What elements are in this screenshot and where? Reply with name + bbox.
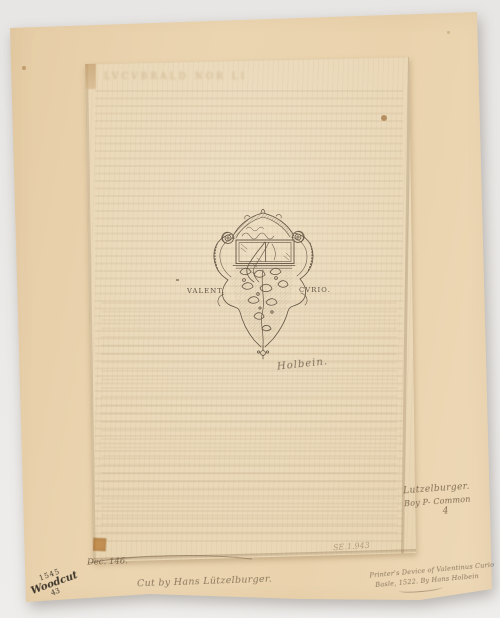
corner-stain	[85, 63, 96, 89]
print-leaf: LVCVBRALD NOR LI	[0, 0, 500, 618]
show-through-title: LVCVBRALD NOR LI	[104, 72, 329, 82]
inscription-line: 4	[442, 505, 471, 518]
scan-of-mounted-print: LVCVBRALD NOR LI	[0, 0, 500, 618]
foxing-spot	[120, 44, 123, 47]
foxing-spot	[166, 47, 169, 50]
inscription-lutzelburger: Lutzelburger. Boy P- Common 4	[403, 482, 472, 521]
device-motto-right: CVRIO.	[299, 286, 331, 294]
printers-device-woodcut	[180, 196, 320, 361]
device-motto-left: VALENT.	[187, 287, 225, 295]
inscription-number-note: Dec. 146.	[87, 556, 128, 567]
foxing-spot	[381, 115, 387, 121]
stray-ink-mark	[176, 279, 179, 281]
print-leaf-shadow: LVCVBRALD NOR LI	[0, 0, 500, 618]
